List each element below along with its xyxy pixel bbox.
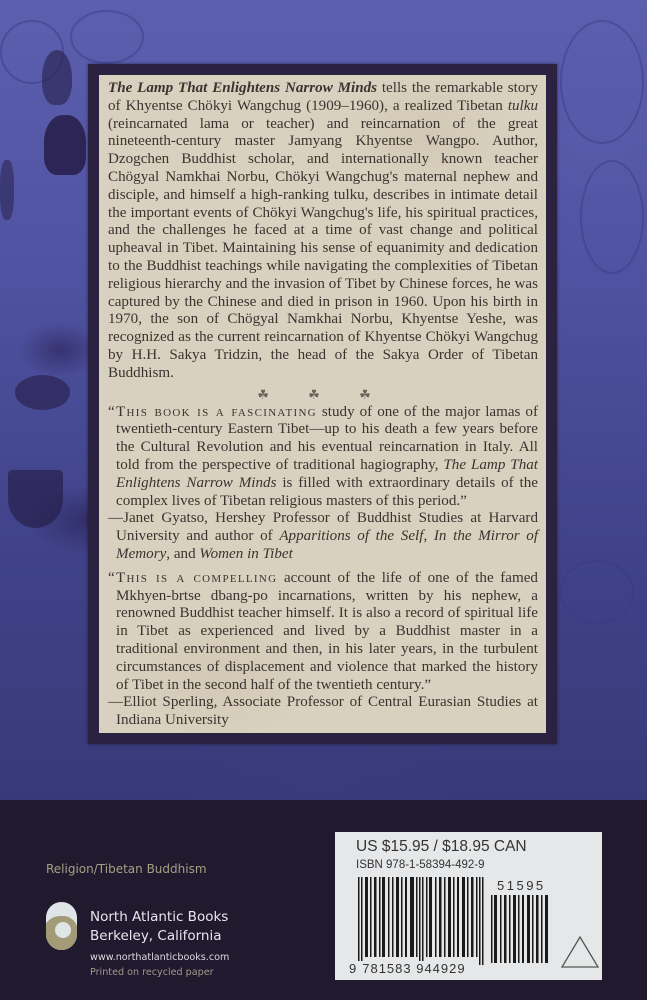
swirl-pattern [580,160,644,274]
isbn-label: ISBN 978-1-58394-492-9 [356,859,485,871]
back-cover-text: The Lamp That Enlightens Narrow Minds te… [108,80,538,736]
endorsement-attribution-1: —Janet Gyatso, Hershey Professor of Budd… [108,510,538,563]
swirl-pattern [560,560,634,624]
section-ornament: ☘ ☘ ☘ [108,387,538,403]
edge-ornament [0,160,14,220]
publisher-name: North Atlantic Books [90,908,228,927]
book-title: The Lamp That Enlightens Narrow Minds [108,80,377,96]
publisher-url: www.northatlanticbooks.com [90,952,229,963]
skull-ornament [44,115,86,175]
price-addon-number: 51595 [497,878,546,893]
publisher-block: North Atlantic Books Berkeley, Californi… [90,908,228,946]
swirl-pattern [70,10,144,64]
category-label: Religion/Tibetan Buddhism [46,862,207,876]
endorsement-attribution-2: —Elliot Sperling, Associate Professor of… [108,694,538,730]
publisher-wave-logo-icon [46,902,77,950]
triangle-icon [560,935,600,969]
price-addon-barcode [491,895,550,963]
eye-ornament [15,375,70,410]
tulku-term: tulku [508,98,538,114]
publisher-location: Berkeley, California [90,927,228,946]
endorsement-quote-2: “This is a compelling account of the lif… [108,570,538,695]
isbn-barcode [358,877,484,965]
barcode-number: 9781583 944929 [349,961,466,976]
price-label: US $15.95 / $18.95 CAN [356,838,527,856]
recycled-note: Printed on recycled paper [90,967,214,978]
price-barcode-sticker: US $15.95 / $18.95 CAN ISBN 978-1-58394-… [335,832,602,980]
endorsement-quote-1: “This book is a fascinating study of one… [108,404,538,511]
fang-ornament [8,470,63,528]
swirl-pattern [560,20,644,144]
book-description: The Lamp That Enlightens Narrow Minds te… [108,80,538,383]
flame-ornament [42,50,72,105]
